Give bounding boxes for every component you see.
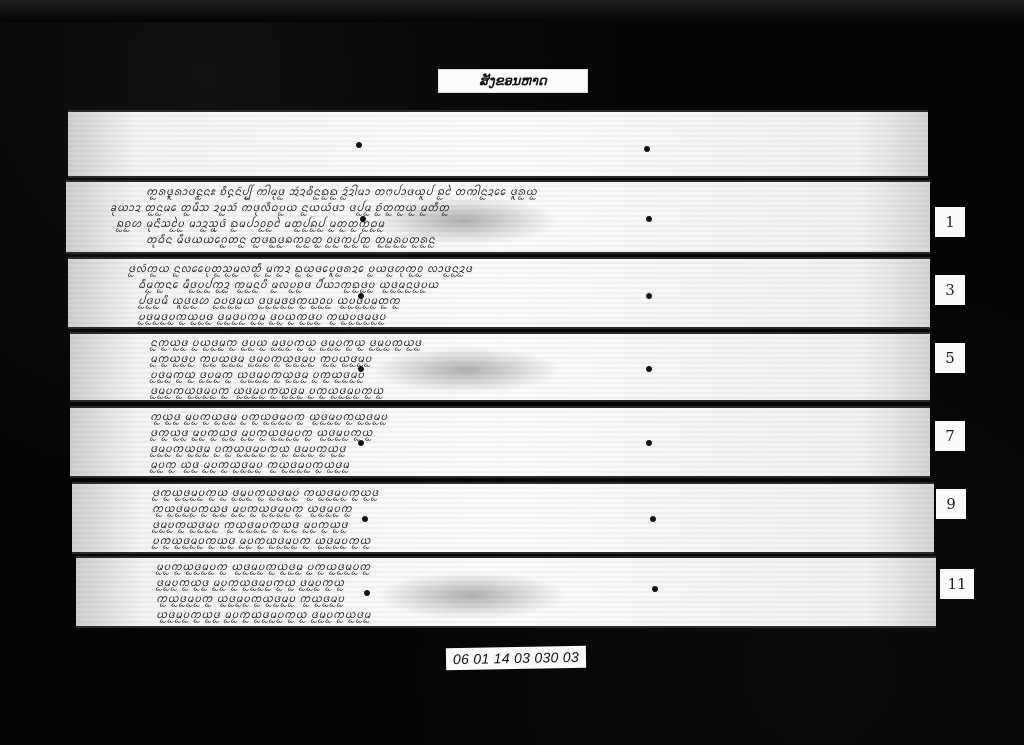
text-line: ᨶᩬᨠᩬᨿᩬᨴᩬ ᨷᩬᨿᩬᨴᩬᨾᩬᨠᩬ ᨴᩬᨷᩬᨿᩬ ᨾᩬᨴᩬᨷᩬᨠᩬᨿᩬ ᨴᩬ… <box>150 337 422 350</box>
text-line: ᨷᩬᨴᩬᨾᩬᨠᩬᨿᩬ ᨴᩬᨷᩬᨾᩬᨠᩬ ᨿᩬᨴᩬᨾᩬᨷᩬᨠᩬᨿᩬᨴᩬᨾᩬ ᨷᩬᨠ… <box>150 369 365 382</box>
string-hole-left <box>362 516 368 522</box>
string-hole-right <box>652 586 658 592</box>
leaf-1: ᨠᩬᩁ᩠ᨴᩪᩁᩣᨴ᩠ᨶᩬᨶᩡ ᨧᩥ᩠ᨶᨶᩢᨸᩭᩬ ᨠᩤᨾᩩᨴᩬ ᩋᩢᨯᨵᩥᨶᩬᨳ… <box>66 180 930 254</box>
text-line: ᨾᩬᨠᩬᨿᩬᨴᩬᨷᩬ ᨠᩬᨷᩬᨿᩬᨴᩬᨾᩬ ᨴᩬᨾᩬᨷᩬᨠᩬᨿᩬᨴᩬᨾᩬᨷᩬ ᨠ… <box>150 353 372 366</box>
text-line: ᨾᩬᨷᩬᨠᩬ ᨿᩬᨴᩬ ᨾᩬᨷᩬᨠᩬᨿᩬᨴᩬᨾᩬᨷᩬ ᨠᩬᨿᩬᨴᩬᨾᩬᨷᩬᨠᩬᨿ… <box>150 459 350 472</box>
string-hole-left <box>356 142 362 148</box>
string-hole-right <box>646 440 652 446</box>
text-line: ᨾᩬᨷᩬᨠᩬᨿᩬᨴᩬᨾᩬᨷᩬᨠᩬ ᨿᩬᨴᩬᨾᩬᨷᩬᨠᩬᨿᩬᨴᩬᨾᩬ ᨷᩬᨠᩬᨿᩬ… <box>156 561 371 574</box>
text-line: ᨠᩬᨿᩬᨴᩬᨾᩬᨷᩬᨠᩬᨿᩬᨴᩬ ᨾᩬᨷᩬᨠᩬᨿᩬᨴᩬᨾᩬᨷᩬᨠᩬ ᨿᩬᨴᩬᨾᩬ… <box>152 503 352 516</box>
leaf-11: ᨾᩬᨷᩬᨠᩬᨿᩬᨴᩬᨾᩬᨷᩬᨠᩬ ᨿᩬᨴᩬᨾᩬᨷᩬᨠᩬᨿᩬᨴᩬᨾᩬ ᨷᩬᨠᩬᨿᩬ… <box>76 556 936 628</box>
leaf-cover <box>68 110 928 178</box>
page-number-7: 7 <box>935 421 965 451</box>
text-line: ᨷᩬᨴᩬᨾᩬᨴᩬᨷᩬᨠᩬᨿᩬᨷᩬᨴᩬ ᨴᩬᨾᩬᨴᩬᨷᩬᨠᩬᨾᩬ ᨴᩬᨷᩬᨿᩬᨠᩬ… <box>138 311 386 324</box>
text-line: ᨴᩬᨠᩬᨿᩬᨴᩬ ᨾᩬᨷᩬᨠᩬᨿᩬᨴᩬ ᨾᩬᨷᩬᨠᩬᨿᩬᨴᩬᨾᩬᨷᩬᨠᩬ ᨿᩬᨴ… <box>150 427 373 440</box>
text-line: ᨴᩬᨾᩬᨷᩬᨠᩬᨿᩬᨴᩬᨾᩬᨷᩬᨠᩬ ᨿᩬᨴᩬᨾᩬᨷᩬᨠᩬᨿᩬᨴᩬᨾᩬ ᨷᩬᨠᩬ… <box>150 385 384 398</box>
film-edge <box>0 0 1024 22</box>
text-line: ᨵᩥᨾᩬᨠᩬᨶᩮ ᨾᩥᨴᩬᨷᩬᨸᩬᨠᩬᨯᩬ ᨠᩬᨾᩬᨶᩬᨷᩥ ᨾᩬᩃᨷᩬᨧᩬᨴ … <box>138 279 439 292</box>
leaf-5: ᨶᩬᨠᩬᨿᩬᨴᩬ ᨷᩬᨿᩬᨴᩬᨾᩬᨠᩬ ᨴᩬᨷᩬᨿᩬ ᨾᩬᨴᩬᨷᩬᨠᩬᨿᩬ ᨴᩬ… <box>70 332 930 402</box>
text-line: ᨡᩩᨿᩣᨯ ᨲᩬᨶᩬᨾᩮ ᨲᩬᨾᩥᩈ ᨯᨾᩬᩈᩢ ᨠᨴᩩᩃᩥᨵᨷᩬᨿ ᨶᩬᨿᨿᩢ… <box>110 202 449 215</box>
leaf-9: ᨴᩬᨠᩬᨿᩬᨴᩬᨾᩬᨷᩬᨠᩬᨿᩬ ᨴᩬᨾᩬᨷᩬᨠᩬᨿᩬᨴᩬᨾᩬᨷᩬ ᨠᩬᨿᩬᨴᩬ… <box>72 482 934 554</box>
page-number-3: 3 <box>935 275 965 305</box>
leaf-7: ᨠᩬᨿᩬᨴᩬ ᨾᩬᨷᩬᨠᩬᨿᩬᨴᩬᨾᩬ ᨷᩬᨠᩬᨿᩬᨴᩬᨾᩬᨷᩬᨠᩬ ᨿᩬᨴᩬᨾ… <box>70 406 930 478</box>
text-line: ᨠᩬᨿᩬᨴᩬᨾᩬᨷᩬᨠᩬ ᨿᩬᨴᩬᨾᩬᨷᩬᨠᩬᨿᩬᨴᩬᨾᩬᨷᩬ ᨠᩬᨿᩬᨴᩬᨾᩬ… <box>156 593 345 606</box>
text-line: ᨠᩬᩁ᩠ᨴᩪᩁᩣᨴ᩠ᨶᩬᨶᩡ ᨧᩥ᩠ᨶᨶᩢᨸᩭᩬ ᨠᩤᨾᩩᨴᩬ ᩋᩢᨯᨵᩥᨶᩬᨳ… <box>146 186 537 199</box>
string-hole-left <box>358 440 364 446</box>
string-hole-right <box>646 216 652 222</box>
text-line: ᨴᩬᨠᩬᨿᩬᨴᩬᨾᩬᨷᩬᨠᩬᨿᩬ ᨴᩬᨾᩬᨷᩬᨠᩬᨿᩬᨴᩬᨾᩬᨷᩬ ᨠᩬᨿᩬᨴᩬ… <box>152 487 379 500</box>
text-line: ᨴᩬᨾᩬᨷᩬᨠᩬᨿᩬᨴᩬᨾᩬ ᨷᩬᨠᩬᨿᩬᨴᩬᨾᩬᨷᩬᨠᩬᨿᩬ ᨴᩬᨾᩬᨷᩬᨠᩬ… <box>150 443 346 456</box>
leaf-3: ᨴᩬᩃᩢᨠᩬᨿ ᨶᩬᩃᩯᨷᩩᨲᩬᩈᩬᨾᩬᩃᨲᩥᩬ ᨾᩬᨠᩬᨯ ᨳᩬᨿᩬᨴᩮᨷᩪᨴ… <box>68 257 930 329</box>
text-line: ᨿᩬᨴᩬᨾᩬᨷᩬᨠᩬᨿᩬᨴᩬ ᨾᩬᨷᩬᨠᩬᨿᩬᨴᩬᨾᩬᨷᩬᨠᩬᨿᩬ ᨴᩬᨾᩬᨷᩬ… <box>156 609 371 622</box>
text-line: ᨦᩬᨧᩬᩉ ᨾᩩᨶᩥᩈᩱᩬᨷᩬ ᨾᩣᨯᩬᩈᩩᩬᨴᩢ ᨳᩬᨾᨸᩣᩅᩬᨧᩬᩱ ᨾᨲᩬ… <box>116 218 385 231</box>
text-line: ᨴᩬᨾᩬᨷᩬᨠᩬᨿᩬᨴᩬ ᨾᩬᨷᩬᨠᩬᨿᩬᨴᩬᨾᩬᨷᩬᨠᩬᨿᩬ ᨴᩬᨾᩬᨷᩬᨠᩬ… <box>156 577 345 590</box>
page-number-11: 11 <box>940 569 974 599</box>
page-number-9: 9 <box>936 489 966 519</box>
text-line: ᨴᩬᩃᩢᨠᩬᨿ ᨶᩬᩃᩯᨷᩩᨲᩬᩈᩬᨾᩬᩃᨲᩥᩬ ᨾᩬᨠᩬᨯ ᨳᩬᨿᩬᨴᩮᨷᩪᨴ… <box>128 263 473 276</box>
page-number-1: 1 <box>935 207 965 237</box>
string-hole-left <box>364 590 370 596</box>
string-hole-right <box>646 293 652 299</box>
string-hole-right <box>644 146 650 152</box>
manuscript-title-label: ສັງຂອນຫາດ <box>438 69 588 93</box>
string-hole-right <box>650 516 656 522</box>
text-line: ᨴᩬᨾᩬᨷᩬᨠᩬᨿᩬᨴᩬᨾᩬᨷᩬ ᨠᩬᨿᩬᨴᩬᨾᩬᨷᩬᨠᩬᨿᩬᨴᩬ ᨾᩬᨷᩬᨠᩬ… <box>152 519 348 532</box>
text-line: ᨠᩬᨿᩬᨴᩬ ᨾᩬᨷᩬᨠᩬᨿᩬᨴᩬᨾᩬ ᨷᩬᨠᩬᨿᩬᨴᩬᨾᩬᨷᩬᨠᩬ ᨿᩬᨴᩬᨾ… <box>150 411 388 424</box>
reference-number-label: 06 01 14 03 030 03 <box>446 646 586 670</box>
page-number-5: 5 <box>935 343 965 373</box>
text-line: ᨸᩬᨴᩬᨷᩬᨾᩥ ᨿᩪᨴᩬᨴᩬᩉ ᨵᩬᨷᩬᨴᩬᨾᩬᨿ ᨴᩬᨴᩬᨾᩬᨴᩬᨴᩬᨠᩬᨿ… <box>138 295 400 308</box>
text-line: ᨲᩩᨵᩥᨶ ᨾᩥᨴᨿᨿᩮᨣᩬᨲᨶᩬ ᨲᩬᨴᨳᩬᨴᩬᨦᨠᩬᨧᩬᨲᩬ ᩅᩬᨴᩬᨠᩬᨸ… <box>146 234 435 247</box>
text-line: ᨷᩬᨠᩬᨿᩬᨴᩬᨾᩬᨷᩬᨠᩬᨿᩬᨴᩬ ᨾᩬᨷᩬᨠᩬᨿᩬᨴᩬᨾᩬᨷᩬᨠᩬ ᨿᩬᨴᩬ… <box>152 535 371 548</box>
string-hole-right <box>646 366 652 372</box>
